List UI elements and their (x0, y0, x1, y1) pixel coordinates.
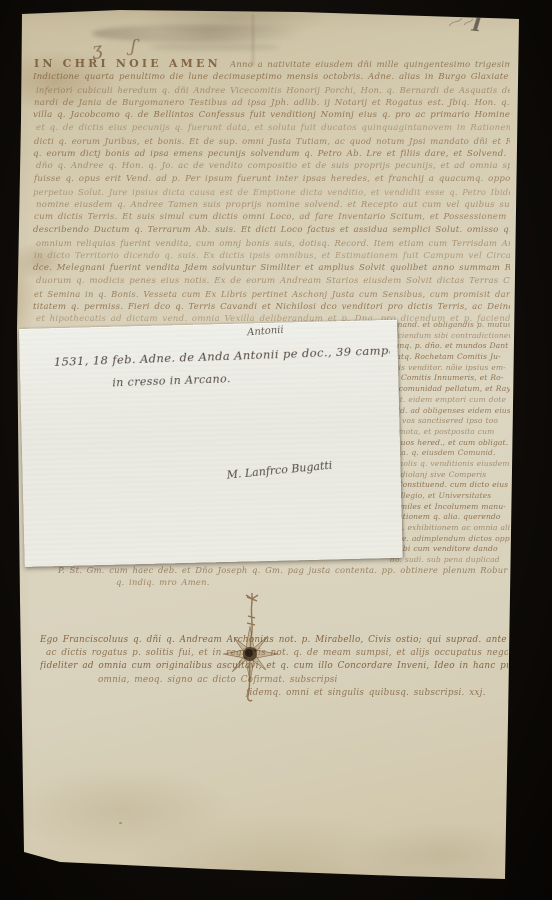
manuscript-line: fit. vos sanctisered ipso too (386, 416, 510, 427)
manuscript-line: dño q. Andree q. Hon. q. Jo. ac de vendi… (33, 160, 510, 173)
ink-transfer-smudge-small (150, 43, 280, 51)
manuscript-line: dce. Melegnani fuerint vendita Jdem solv… (33, 262, 510, 275)
manuscript-line: fuisse q. opus erit Vend. ad p. Per ipsu… (33, 173, 510, 186)
manuscript-line: scholis q. venditionis eiusdem (386, 459, 510, 470)
folio-number: I (471, 11, 483, 37)
manuscript-line: remota, et postposita cum (386, 427, 510, 438)
invocation-heading: IN CHRI NOIE AMEN (34, 57, 221, 71)
manuscript-line: recte. adimplendum dictos opponere (386, 534, 510, 545)
manuscript-line: do. sudi. sub pena duplicad (386, 555, 510, 566)
manuscript-line: ditis venditor. nõie ipsius em- (386, 363, 510, 374)
below-slip-fragment: P. St. Gm. cum haec deb. et Dño Joseph q… (58, 564, 510, 577)
manuscript-line: et Constituend. cum dicto eius (386, 480, 510, 491)
manuscript-line: Justa. q. eiusdem Comunid. (386, 448, 510, 459)
manuscript-line: perpetuo Solut. Jure ipsius dicta causa … (33, 186, 510, 199)
manuscript-line: duorum q. modicis penes eius notis. Ex d… (33, 275, 510, 288)
right-column-text-block: cionand. et obligandis p. mutuumfaciendu… (386, 320, 510, 566)
manuscript-line: omnium reliquias fuerint vendita, cum om… (33, 237, 510, 250)
manuscript-line: erunq. p. dño. et mundos Dant (386, 341, 510, 352)
slip-corner-word: Antonii (247, 325, 284, 339)
below-slip-fragment: q. indiq. mro Amen. (116, 576, 378, 589)
manuscript-line: inferiori cubiculi heredum q. dñi Andree… (33, 84, 510, 97)
manuscript-line: ne. Comitis Innumeris, et Ro- (386, 373, 510, 384)
ink-speck (119, 822, 122, 824)
slip-annotation-line2: in cresso in Arcano. (112, 372, 231, 389)
manuscript-line: viald. ad obligenses eidem eius (386, 406, 510, 417)
manuscript-line: Mediolanj sive Comperis (386, 470, 510, 481)
dating-clause: Anno a nativitate eiusdem dñi mille quin… (230, 60, 510, 70)
manuscript-line: in dicto Territorio dicendo q. suis. Ex … (33, 250, 510, 263)
manuscript-line: et suos hered., et cum obligat. (386, 438, 510, 449)
manuscript-line: q. eorum dictj bonis ad ipsa emens pecun… (33, 148, 510, 161)
manuscript-line: ipsi. exhibitionem ac omnia alia (386, 523, 510, 534)
manuscript-line: nardi de Jania de Burgomanero Testibus a… (33, 97, 510, 110)
manuscript-line: Indictione quarta penultimo die lune dec… (33, 71, 510, 84)
manuscript-line: titatem q. permiss. Fieri dco q. Terris … (33, 301, 510, 314)
manuscript-line: villa q. Jacobcomo q. de Bellintos Confe… (33, 109, 510, 122)
manuscript-line: describendo Ductum q. Terrarum Ab. suis.… (33, 224, 510, 237)
photo-frame: ʒ ʃ I IN CHRI NOIE AMEN Anno a nativitat… (0, 0, 552, 900)
manuscript-line: cum dictis Terris. Et suis simul cum dic… (33, 211, 510, 224)
manuscript-line: P. St. Gm. cum haec deb. et Dño Joseph q… (58, 564, 510, 577)
manuscript-line: q. sibi cum venditore dando (386, 544, 510, 555)
slip-signature: M. Lanfrco Bugatti (226, 459, 333, 482)
manuscript-line: et q. de dictis eius pecunijs q. fuerunt… (33, 122, 510, 135)
manuscript-line: d. atq. Rochetam Comitis Ju- (386, 352, 510, 363)
slip-annotation-line1: 1531, 18 feb. Adne. de Anda Antonii pe d… (54, 343, 390, 369)
ink-transfer-smudge (92, 25, 307, 42)
manuscript-line: faciendum sibi contradictionem (386, 331, 510, 342)
manuscript-line: fict. eidem emptori cum dote (386, 395, 510, 406)
manuscript-line: oblationem q. alia. querendo (386, 512, 510, 523)
manuscript-line: Collegio, et Universitates (386, 491, 510, 502)
upper-text-block: Indictione quarta penultimo die lune dec… (33, 71, 510, 326)
manuscript-line: insimiles et Incolumem manu- (386, 502, 510, 513)
archival-slip: Antonii 1531, 18 feb. Adne. de Anda Anto… (19, 320, 403, 567)
invocation-row: IN CHRI NOIE AMEN Anno a nativitate eius… (34, 57, 510, 70)
notarial-sign-icon (212, 590, 296, 708)
manuscript-line: cionand. et obligandis p. mutuum (386, 320, 510, 331)
manuscript-line: et Semina in q. Bonis. Vesseta cum Ex Li… (33, 288, 510, 301)
manuscript-line: m. comunidad pellatum, et Ray- (386, 384, 510, 395)
manuscript-line: nomine eiusdem q. Andree Tamen suis prop… (33, 199, 510, 212)
manuscript-line: q. indiq. mro Amen. (116, 576, 378, 589)
pencil-stroke (448, 15, 474, 29)
manuscript-line: dicti q. eorum Juribus, et bonis. Et de … (33, 135, 510, 148)
